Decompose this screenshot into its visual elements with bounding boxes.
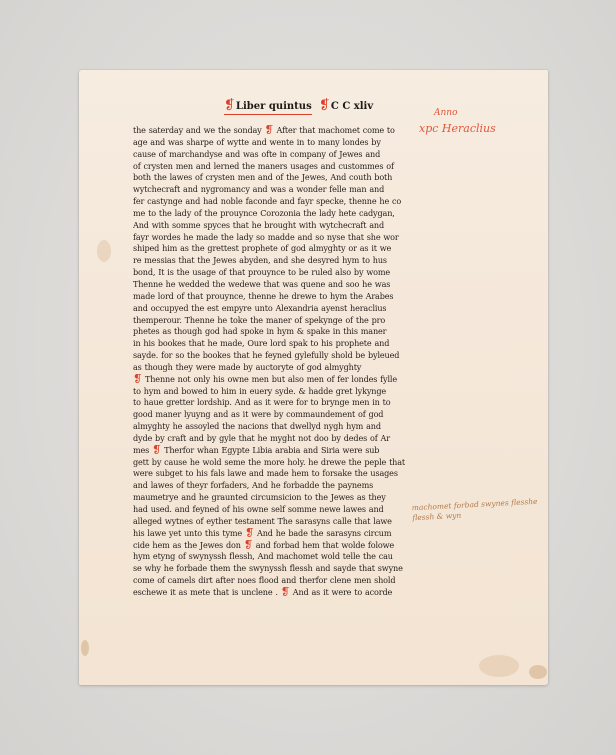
rubric-pilcrow-icon: ❡ xyxy=(152,445,161,456)
paper-stain xyxy=(97,240,111,262)
text-line-content: almyghty he assoyled the nacions that dw… xyxy=(133,421,381,431)
text-line-content: eschewe it as mete that is unclene . xyxy=(133,587,281,597)
text-line-content: to haue gretter lordship. And as it were… xyxy=(133,397,390,407)
text-line: And with somme spyces that he brought wi… xyxy=(133,220,413,232)
text-line-content: good maner lyuyng and as it were by comm… xyxy=(133,409,383,419)
pilcrow-icon: ❡ xyxy=(224,98,235,113)
text-line: ❡ Thenne not only his owne men but also … xyxy=(133,374,413,386)
text-line-content: his lawe yet unto this tyme xyxy=(133,528,245,538)
text-line: were subget to his fals lawe and made he… xyxy=(133,468,413,480)
text-line: themperour. Thenne he toke the maner of … xyxy=(133,315,413,327)
text-line-content: cide hem as the Jewes don xyxy=(133,540,244,550)
text-line-content: bond, It is the usage of that prouynce t… xyxy=(133,267,390,277)
text-line: almyghty he assoyled the nacions that dw… xyxy=(133,421,413,433)
text-line-content: and forbad hem that wolde folowe xyxy=(253,540,394,550)
text-line: dyde by craft and by gyle that he myght … xyxy=(133,433,413,445)
rubric-pilcrow-icon: ❡ xyxy=(133,374,142,385)
text-line: mes ❡ Therfor whan Egypte Libia arabia a… xyxy=(133,445,413,457)
pilcrow-icon: ❡ xyxy=(319,98,330,113)
text-line: shiped him as the grettest prophete of g… xyxy=(133,243,413,255)
text-line-content: And he bade the sarasyns circum xyxy=(254,528,391,538)
text-line-content: had used. and feyned of his owne self so… xyxy=(133,504,384,514)
text-line-content: wytchecraft and nygromancy and was a won… xyxy=(133,184,384,194)
text-line-content: fayr wordes he made the lady so madde an… xyxy=(133,232,399,242)
text-line-content: sayde. for so the bookes that he feyned … xyxy=(133,350,399,360)
rubric-pilcrow-icon: ❡ xyxy=(244,540,253,551)
text-line: cide hem as the Jewes don ❡ and forbad h… xyxy=(133,540,413,552)
text-line: and lawes of theyr forfaders, And he for… xyxy=(133,480,413,492)
heading-folio-number: ❡C C xliv xyxy=(319,98,373,113)
text-line-content: dyde by craft and by gyle that he myght … xyxy=(133,433,390,443)
text-line-content: to hym and bowed to him in euery syde. &… xyxy=(133,386,386,396)
text-line: in his bookes that he made, Oure lord sp… xyxy=(133,338,413,350)
text-line-content: And as it were to acorde xyxy=(290,587,392,597)
text-line-content: maumetrye and he graunted circumsicion t… xyxy=(133,492,386,502)
text-line: to hym and bowed to him in euery syde. &… xyxy=(133,386,413,398)
text-line: se why he forbade them the swynyssh fles… xyxy=(133,563,413,575)
text-line: come of camels dirt after noes flood and… xyxy=(133,575,413,587)
text-line: the saterday and we the sonday ❡ After t… xyxy=(133,125,413,137)
text-line: of crysten men and lerned the maners usa… xyxy=(133,161,413,173)
text-line-content: of crysten men and lerned the maners usa… xyxy=(133,161,394,171)
text-line: re messias that the Jewes abyden, and sh… xyxy=(133,255,413,267)
rubric-pilcrow-icon: ❡ xyxy=(281,587,290,598)
text-line: to haue gretter lordship. And as it were… xyxy=(133,397,413,409)
text-line-content: shiped him as the grettest prophete of g… xyxy=(133,243,391,253)
text-line: and occupyed the est empyre unto Alexand… xyxy=(133,303,413,315)
text-line-content: cause of marchandyse and was ofte in com… xyxy=(133,149,380,159)
text-line: bond, It is the usage of that prouynce t… xyxy=(133,267,413,279)
text-line: gett by cause he wold seme the more holy… xyxy=(133,457,413,469)
text-line: made lord of that prouynce, thenne he dr… xyxy=(133,291,413,303)
blackletter-text-block: the saterday and we the sonday ❡ After t… xyxy=(133,125,413,599)
text-line: fayr wordes he made the lady so madde an… xyxy=(133,232,413,244)
text-line: age and was sharpe of wytte and wente in… xyxy=(133,137,413,149)
text-line: hym etyng of swynyssh flessh, And machom… xyxy=(133,551,413,563)
text-line-content: se why he forbade them the swynyssh fles… xyxy=(133,563,403,573)
paper-stain xyxy=(81,640,89,656)
page-heading: ❡Liber quintus ❡C C xliv xyxy=(224,98,524,114)
text-line-content: gett by cause he wold seme the more holy… xyxy=(133,457,405,467)
text-line: eschewe it as mete that is unclene . ❡ A… xyxy=(133,587,413,599)
margin-annotation-anno: Anno xyxy=(434,108,458,118)
manuscript-leaf: ❡Liber quintus ❡C C xliv the saterday an… xyxy=(79,70,548,685)
text-line-content: hym etyng of swynyssh flessh, And machom… xyxy=(133,551,393,561)
text-line-content: fer castynge and had noble faconde and f… xyxy=(133,196,401,206)
text-line-content: in his bookes that he made, Oure lord sp… xyxy=(133,338,389,348)
text-line-content: were subget to his fals lawe and made he… xyxy=(133,468,398,478)
text-line: as though they were made by auctoryte of… xyxy=(133,362,413,374)
margin-annotation-swine: machomet forbad swynes flesshe flessh & … xyxy=(412,497,539,524)
margin-annotation-heraclius: xpc Heraclius xyxy=(419,122,496,135)
text-line-content: themperour. Thenne he toke the maner of … xyxy=(133,315,385,325)
text-line-content: the saterday and we the sonday xyxy=(133,125,265,135)
text-line: fer castynge and had noble faconde and f… xyxy=(133,196,413,208)
paper-stain xyxy=(479,655,519,677)
text-line-content: and lawes of theyr forfaders, And he for… xyxy=(133,480,373,490)
text-line: wytchecraft and nygromancy and was a won… xyxy=(133,184,413,196)
text-line-content: as though they were made by auctoryte of… xyxy=(133,362,361,372)
text-line: sayde. for so the bookes that he feyned … xyxy=(133,350,413,362)
text-line-content: and occupyed the est empyre unto Alexand… xyxy=(133,303,386,313)
text-line: maumetrye and he graunted circumsicion t… xyxy=(133,492,413,504)
heading-left-text: Liber quintus xyxy=(236,101,312,112)
text-line: me to the lady of the prouynce Corozonia… xyxy=(133,208,413,220)
text-line: both the lawes of crysten men and of the… xyxy=(133,172,413,184)
text-line-content: phetes as though god had spoke in hym & … xyxy=(133,326,386,336)
text-line-content: age and was sharpe of wytte and wente in… xyxy=(133,137,381,147)
text-line-content: mes xyxy=(133,445,152,455)
text-line: phetes as though god had spoke in hym & … xyxy=(133,326,413,338)
text-line-content: And with somme spyces that he brought wi… xyxy=(133,220,384,230)
text-line: alleged wytnes of eyther testament The s… xyxy=(133,516,413,528)
text-line: good maner lyuyng and as it were by comm… xyxy=(133,409,413,421)
text-line-content: After that machomet come to xyxy=(274,125,395,135)
text-line-content: Therfor whan Egypte Libia arabia and Sir… xyxy=(161,445,379,455)
heading-right-text: C C xliv xyxy=(331,101,373,112)
text-line-content: Thenne he wedded the wedewe that was que… xyxy=(133,279,390,289)
text-line: had used. and feyned of his owne self so… xyxy=(133,504,413,516)
text-line-content: re messias that the Jewes abyden, and sh… xyxy=(133,255,387,265)
paper-stain xyxy=(529,665,547,679)
text-line-content: made lord of that prouynce, thenne he dr… xyxy=(133,291,393,301)
text-line-content: alleged wytnes of eyther testament The s… xyxy=(133,516,392,526)
text-line-content: me to the lady of the prouynce Corozonia… xyxy=(133,208,395,218)
rubric-pilcrow-icon: ❡ xyxy=(245,528,254,539)
text-line-content: Thenne not only his owne men but also me… xyxy=(142,374,397,384)
text-line: his lawe yet unto this tyme ❡ And he bad… xyxy=(133,528,413,540)
text-line-content: both the lawes of crysten men and of the… xyxy=(133,172,392,182)
text-line: cause of marchandyse and was ofte in com… xyxy=(133,149,413,161)
text-line: Thenne he wedded the wedewe that was que… xyxy=(133,279,413,291)
heading-book-title: ❡Liber quintus xyxy=(224,98,312,115)
text-line-content: come of camels dirt after noes flood and… xyxy=(133,575,395,585)
rubric-pilcrow-icon: ❡ xyxy=(265,125,274,136)
